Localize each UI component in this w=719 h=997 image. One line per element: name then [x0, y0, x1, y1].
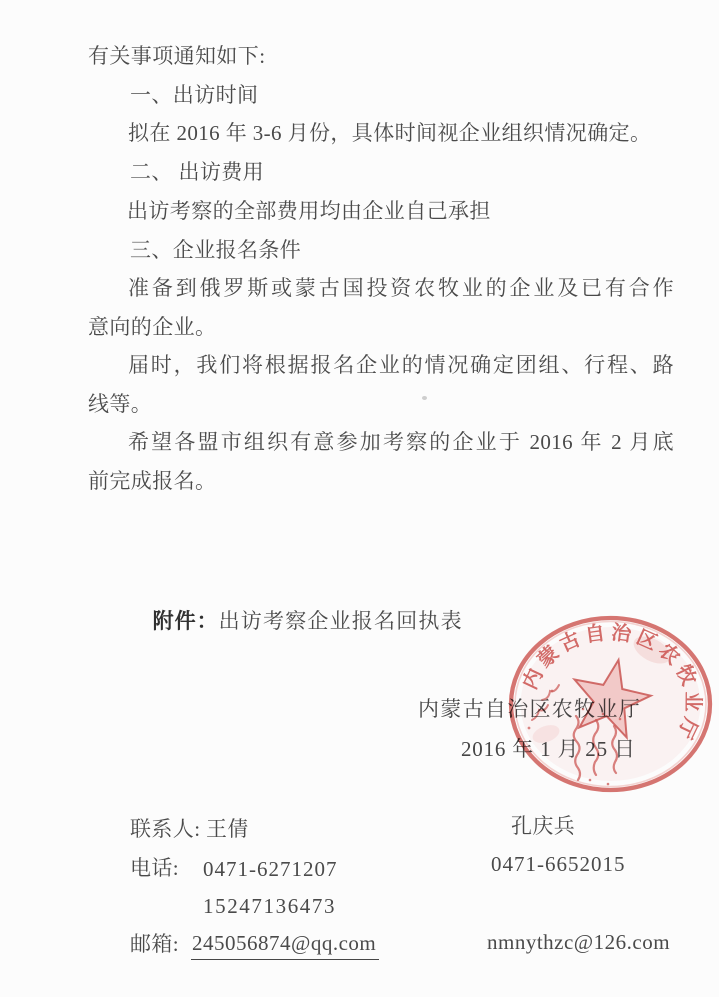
deadline-line-1: 希望各盟市组织有意参加考察的企业于 2016 年 2 月底: [128, 429, 674, 456]
contact-email-secondary: nmnythzc@126.com: [487, 929, 670, 956]
seal-blotch: [629, 631, 675, 669]
arrangements-line-1: 届时，我们将根据报名企业的情况确定团组、行程、路: [128, 352, 674, 379]
section-3-body-line-1: 准备到俄罗斯或蒙古国投资农牧业的企业及已有合作: [128, 275, 674, 302]
contact-email-label: 邮箱:: [130, 931, 179, 958]
contact-phone-mobile: 15247136473: [203, 893, 336, 920]
deadline-line-2: 前完成报名。: [88, 468, 216, 495]
contact-phone-primary: 0471-6271207: [203, 856, 338, 883]
attachment-line: 附件：出访考察企业报名回执表: [130, 581, 463, 662]
scanned-notice-page: 有关事项通知如下: 一、出访时间 拟在 2016 年 3-6 月份，具体时间视企…: [0, 0, 719, 997]
section-1-heading: 一、出访时间: [130, 82, 258, 109]
contact-phone-secondary: 0471-6652015: [491, 851, 626, 878]
contact-person-primary: 王倩: [206, 816, 249, 843]
seal-arc-text: 内蒙古自治区农牧业厅: [517, 620, 704, 747]
section-1-body: 拟在 2016 年 3-6 月份，具体时间视企业组织情况确定。: [128, 120, 651, 147]
signature-date: 2016 年 1 月 25 日: [461, 736, 636, 763]
signature-organization: 内蒙古自治区农牧业厅: [418, 696, 641, 723]
section-2-body: 出访考察的全部费用均由企业自己承担: [127, 198, 491, 225]
contact-person-secondary: 孔庆兵: [511, 813, 575, 840]
section-2-heading: 二、 出访费用: [130, 159, 264, 186]
attachment-title: 出访考察企业报名回执表: [219, 609, 463, 633]
contact-person-label: 联系人:: [130, 816, 200, 843]
intro-line: 有关事项通知如下:: [88, 43, 265, 70]
contact-phone-label: 电话:: [130, 855, 179, 882]
attachment-label: 附件：: [153, 609, 219, 633]
arrangements-line-2: 线等。: [88, 391, 152, 418]
section-3-body-line-2: 意向的企业。: [88, 314, 216, 341]
scan-speck: [422, 396, 427, 400]
contact-email-primary: 245056874@qq.com: [191, 930, 379, 960]
seal-arc-text-holder: 内蒙古自治区农牧业厅: [517, 620, 704, 747]
section-3-heading: 三、企业报名条件: [130, 237, 301, 264]
